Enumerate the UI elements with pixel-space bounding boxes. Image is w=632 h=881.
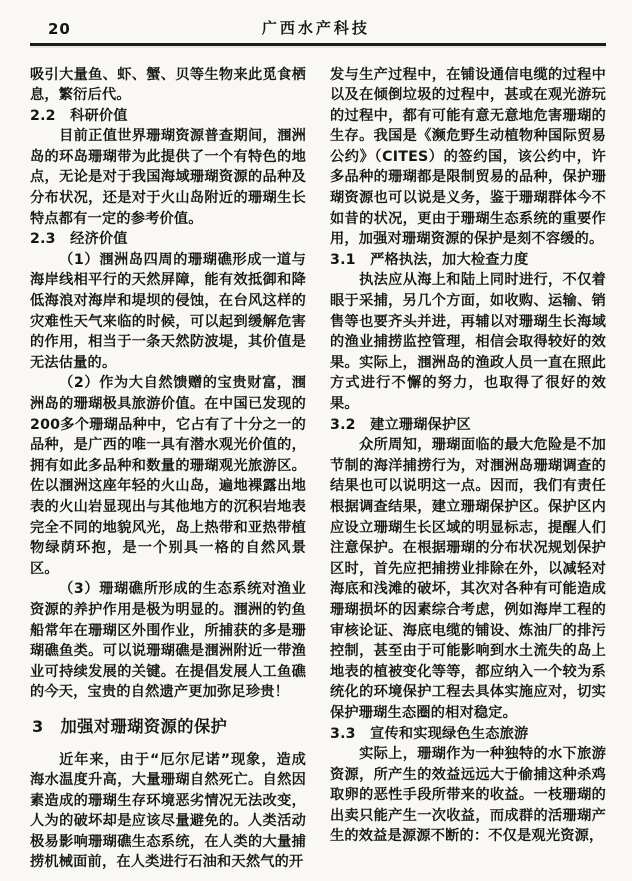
left-column: 吸引大量鱼、虾、蟹、贝等生物来此觅食栖息，繁衍后代。 2.2 科研价值 目前正值… (30, 65, 306, 874)
header-rule (30, 43, 606, 46)
heading-3-coral-protection: 3 加强对珊瑚资源的保护 (32, 717, 306, 738)
paragraph-development-continuation: 发与生产过程中，在铺设通信电缆的过程中以及在倾倒垃圾的过程中，甚或在观光游玩的过… (330, 65, 606, 250)
heading-3-3-green-eco-tourism: 3.3 宣传和实现绿色生态旅游 (330, 724, 606, 745)
paragraph-fish-attraction: 吸引大量鱼、虾、蟹、贝等生物来此觅食栖息，繁衍后代。 (30, 65, 306, 106)
page-number: 20 (48, 20, 71, 38)
journal-title: 广西水产科技 (262, 17, 370, 38)
heading-2-2-research-value: 2.2 科研价值 (30, 106, 306, 127)
paragraph-economic-value-3: （3）珊瑚礁所形成的生态系统对渔业资源的养护作用是极为明显的。涠洲的钓鱼船常年在… (30, 579, 306, 703)
right-column: 发与生产过程中，在铺设通信电缆的过程中以及在倾倒垃圾的过程中，甚或在观光游玩的过… (330, 65, 606, 874)
heading-3-2-coral-reserve: 3.2 建立珊瑚保护区 (330, 415, 606, 436)
page-header: 20 广西水产科技 (30, 16, 606, 38)
scanned-journal-page: 20 广西水产科技 吸引大量鱼、虾、蟹、贝等生物来此觅食栖息，繁衍后代。 2.2… (0, 0, 632, 881)
paragraph-economic-value-2: （2）作为大自然馈赠的宝贵财富，涠洲岛的珊瑚极具旅游价值。在中国已发现的200多… (30, 373, 306, 579)
paragraph-eco-tourism: 实际上，珊瑚作为一种独特的水下旅游资源，所产生的效益远远大于偷捕这种杀鸡取卵的恶… (330, 744, 606, 847)
paragraph-el-nino: 近年来，由于“厄尔尼诺”现象，造成海水温度升高，大量珊瑚自然死亡。自然因素造成的… (30, 750, 306, 874)
heading-2-3-economic-value: 2.3 经济价值 (30, 229, 306, 250)
paragraph-enforcement: 执法应从海上和陆上同时进行，不仅着眼于采捕，另几个方面，如收购、运输、销售等也要… (330, 270, 606, 414)
paragraph-economic-value-1: （1）涠洲岛四周的珊瑚礁形成一道与海岸线相平行的天然屏障，能有效抵御和降低海浪对… (30, 250, 306, 374)
paragraph-coral-reserve: 众所周知，珊瑚面临的最大危险是不加节制的海洋捕捞行为，对涠洲岛珊瑚调查的结果也可… (330, 435, 606, 723)
article-body: 吸引大量鱼、虾、蟹、贝等生物来此觅食栖息，繁衍后代。 2.2 科研价值 目前正值… (30, 65, 606, 874)
heading-3-1-strict-enforcement: 3.1 严格执法，加大检查力度 (330, 250, 606, 271)
paragraph-research-value: 目前正值世界珊瑚资源普查期间，涠洲岛的环岛珊瑚带为此提供了一个有特色的地点，无论… (30, 126, 306, 229)
